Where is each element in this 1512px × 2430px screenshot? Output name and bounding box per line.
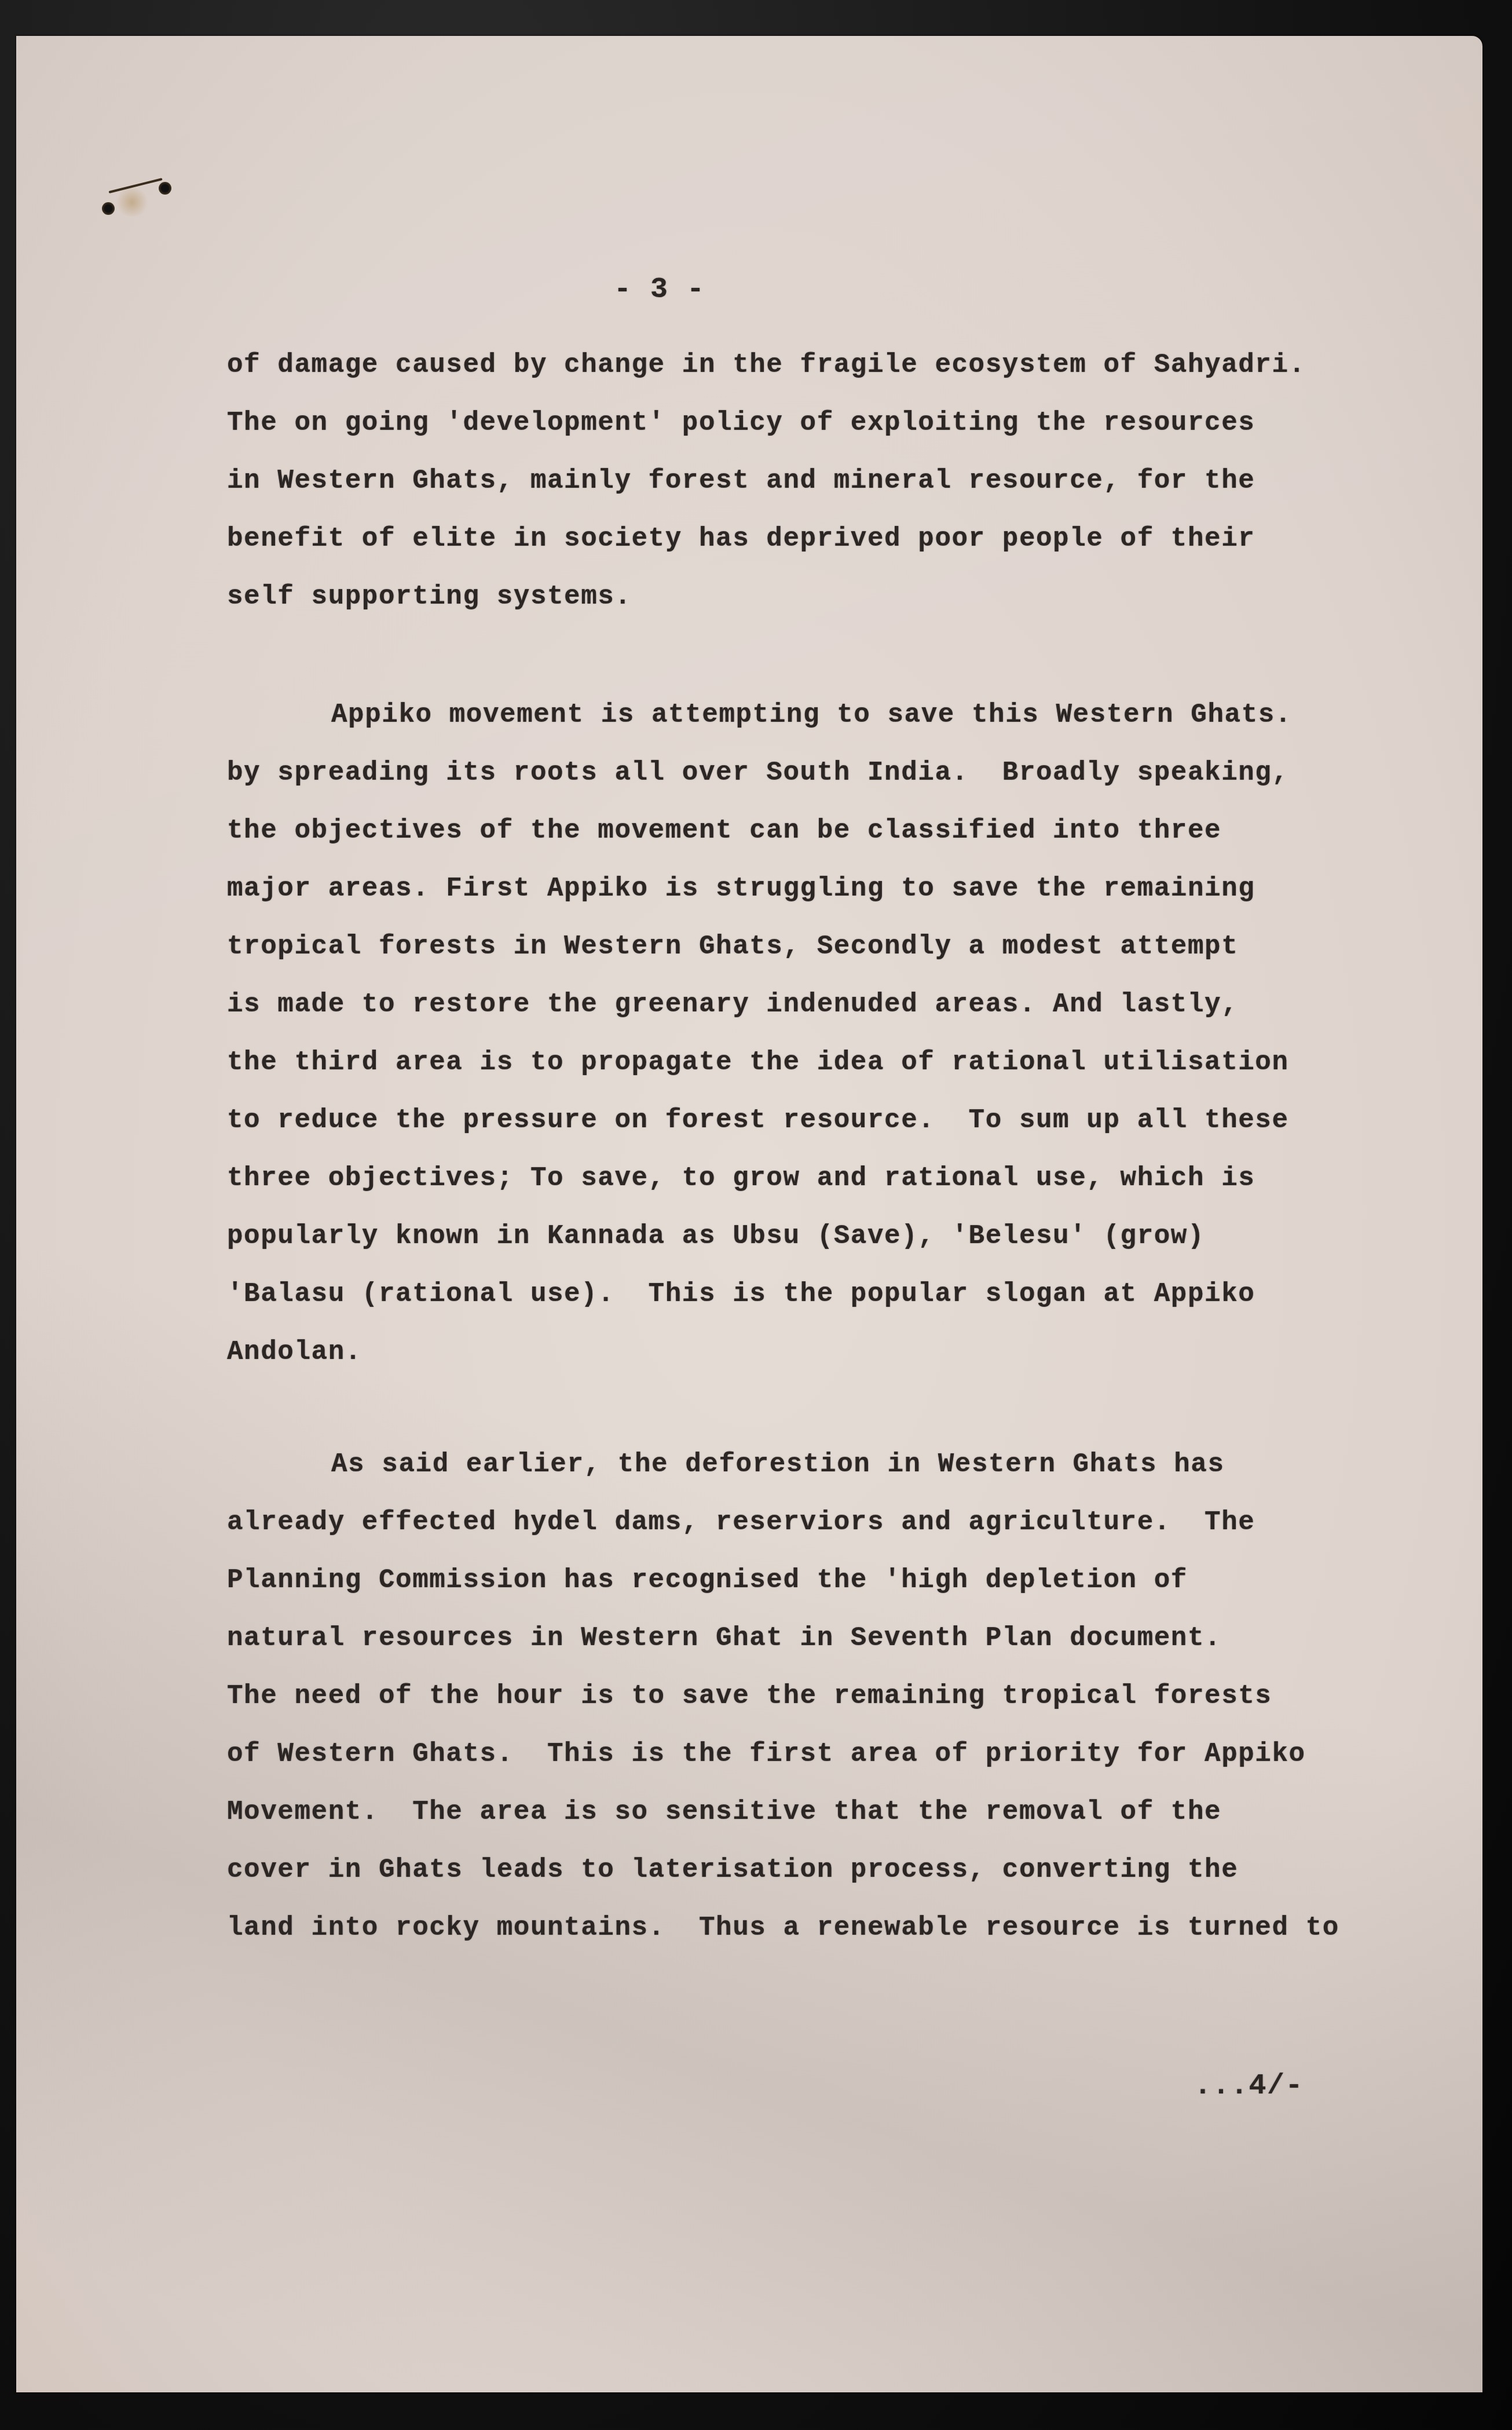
text-line: three objectives; To save, to grow and r…: [227, 1163, 1255, 1193]
text-line: by spreading its roots all over South In…: [227, 758, 1289, 788]
text-line: benefit of elite in society has deprived…: [227, 524, 1255, 554]
text-line: cover in Ghats leads to laterisation pro…: [227, 1855, 1238, 1885]
rust-stain: [115, 188, 149, 217]
continuation-marker: ...4/-: [1194, 2070, 1304, 2103]
text-line: in Western Ghats, mainly forest and mine…: [227, 466, 1255, 496]
text-line: is made to restore the greenary indenude…: [227, 989, 1238, 1019]
text-line: The need of the hour is to save the rema…: [227, 1681, 1272, 1711]
text-line: tropical forests in Western Ghats, Secon…: [227, 931, 1238, 962]
text-line: Movement. The area is so sensitive that …: [227, 1797, 1221, 1827]
typewritten-page: [16, 36, 1482, 2392]
page-number: - 3 -: [614, 273, 705, 306]
text-line: major areas. First Appiko is struggling …: [227, 874, 1255, 904]
text-line: to reduce the pressure on forest resourc…: [227, 1105, 1289, 1135]
text-line: the third area is to propagate the idea …: [227, 1047, 1289, 1077]
text-line: already effected hydel dams, reserviors …: [227, 1507, 1255, 1537]
text-line: As said earlier, the deforestion in West…: [331, 1449, 1225, 1479]
text-line: self supporting systems.: [227, 582, 632, 612]
staple-hole-icon: [102, 202, 115, 215]
text-line: the objectives of the movement can be cl…: [227, 816, 1221, 846]
text-line: Planning Commission has recognised the '…: [227, 1565, 1188, 1595]
text-line: Andolan.: [227, 1337, 362, 1367]
staple-hole-icon: [159, 182, 171, 195]
text-line: 'Balasu (rational use). This is the popu…: [227, 1279, 1255, 1309]
text-line: natural resources in Western Ghat in Sev…: [227, 1623, 1221, 1653]
text-line: of damage caused by change in the fragil…: [227, 350, 1306, 380]
text-line: Appiko movement is attempting to save th…: [331, 700, 1292, 730]
text-line: of Western Ghats. This is the first area…: [227, 1739, 1306, 1769]
text-line: land into rocky mountains. Thus a renewa…: [227, 1913, 1339, 1943]
text-line: popularly known in Kannada as Ubsu (Save…: [227, 1221, 1205, 1251]
text-line: The on going 'development' policy of exp…: [227, 408, 1255, 438]
